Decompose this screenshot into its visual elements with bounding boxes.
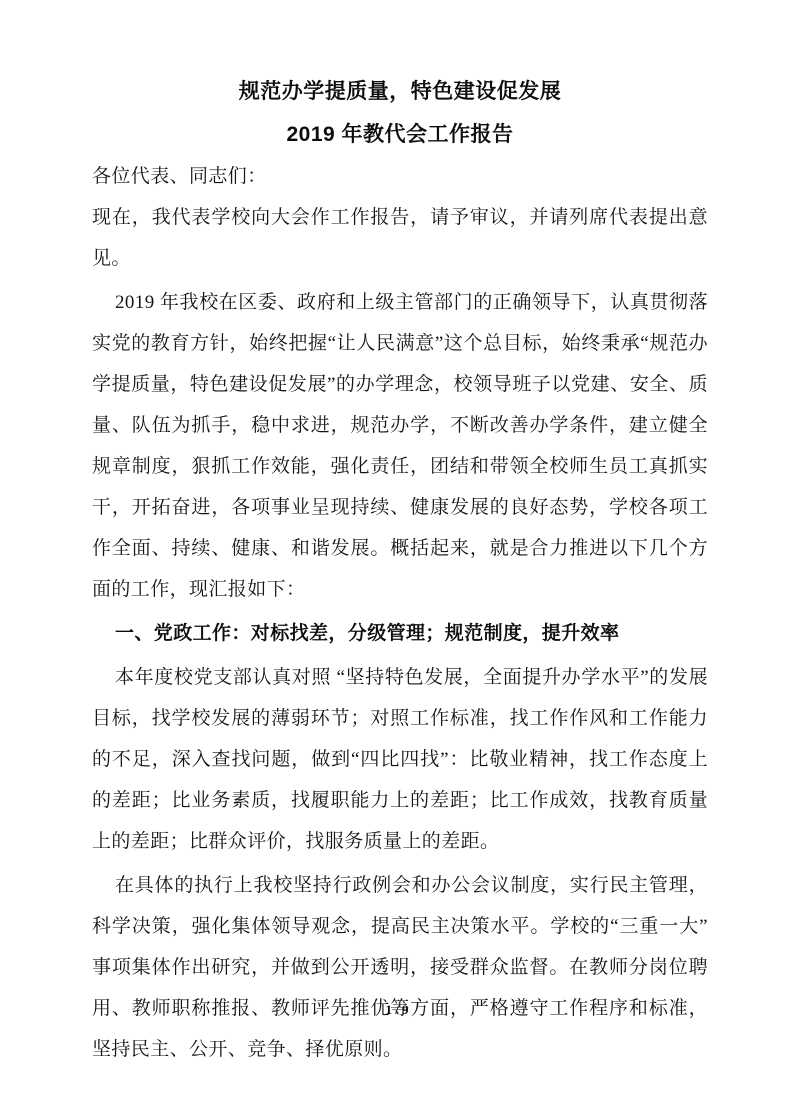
paragraph: 现在，我代表学校向大会作工作报告，请予审议，并请列席代表提出意见。: [92, 197, 708, 279]
document-body: 各位代表、同志们：现在，我代表学校向大会作工作报告，请予审议，并请列席代表提出意…: [92, 156, 708, 1070]
document-page: 规范办学提质量，特色建设促发展 2019 年教代会工作报告 各位代表、同志们：现…: [0, 0, 794, 1108]
paragraph: 各位代表、同志们：: [92, 156, 708, 197]
document-content: 规范办学提质量，特色建设促发展 2019 年教代会工作报告 各位代表、同志们：现…: [92, 70, 708, 1070]
sub-title: 2019 年教代会工作报告: [92, 113, 708, 156]
page-number: 1 / 9: [385, 1002, 408, 1017]
paragraph: 本年度校党支部认真对照 “坚持特色发展，全面提升办学水平”的发展目标，找学校发展…: [92, 657, 708, 862]
page-footer: 1 / 9: [0, 1000, 794, 1020]
main-title: 规范办学提质量，特色建设促发展: [92, 70, 708, 113]
section-heading: 一、党政工作：对标找差，分级管理；规范制度，提升效率: [92, 613, 708, 654]
paragraph: 在具体的执行上我校坚持行政例会和办公会议制度，实行民主管理，科学决策，强化集体领…: [92, 865, 708, 1070]
paragraph: 2019 年我校在区委、政府和上级主管部门的正确领导下，认真贯彻落实党的教育方针…: [92, 282, 708, 610]
